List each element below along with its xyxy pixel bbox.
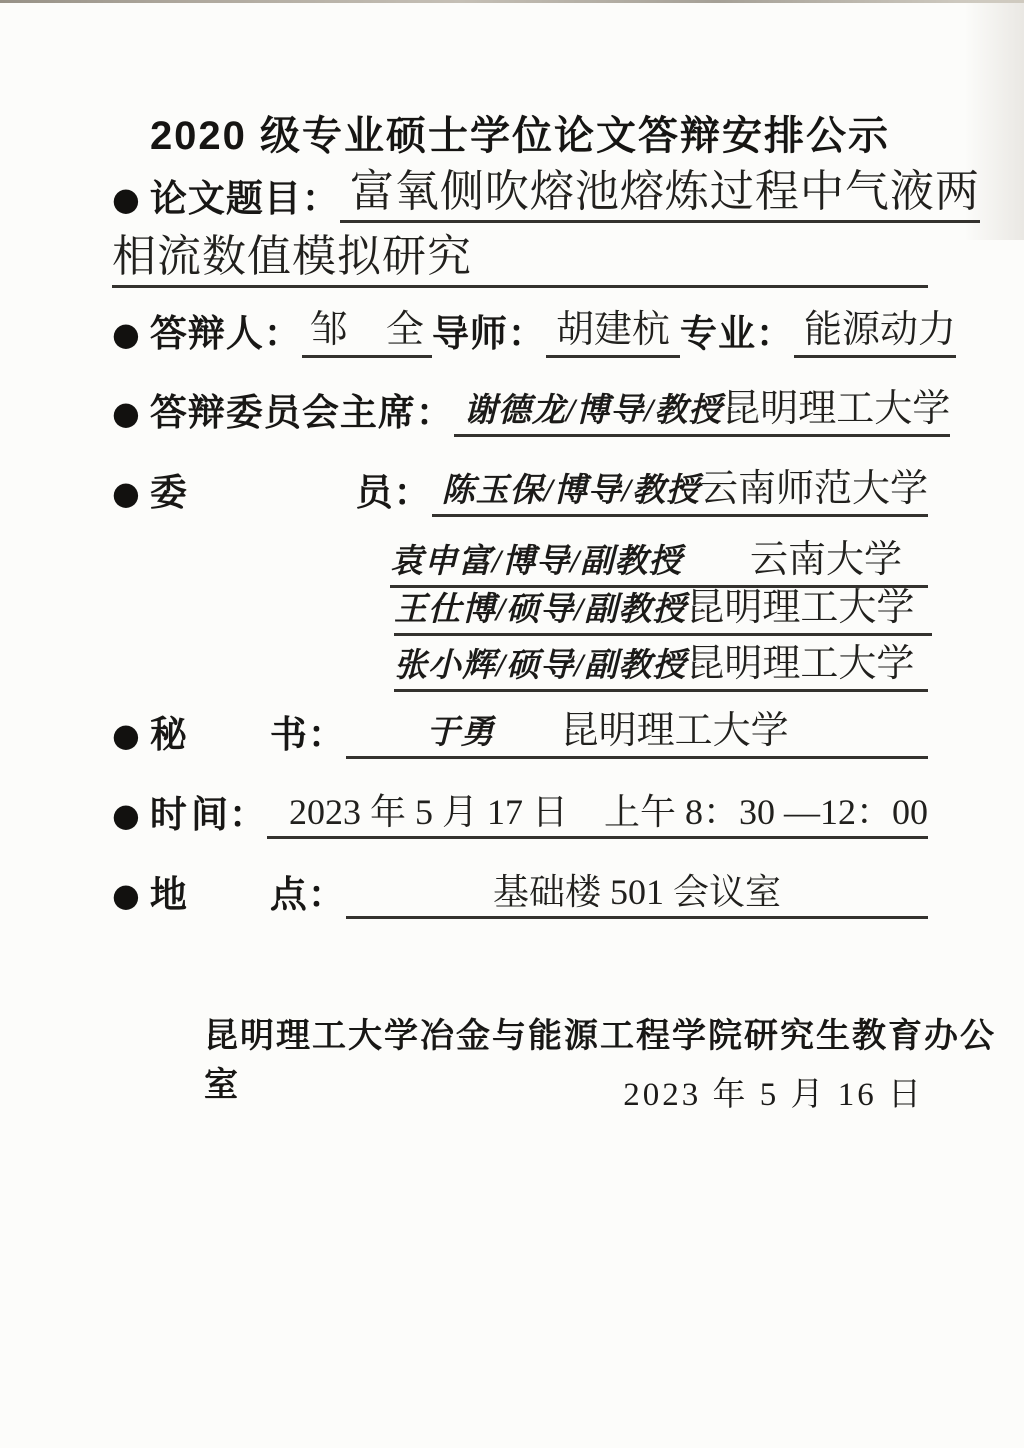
member-row: 袁申富/博导/副教授 云南大学 — [390, 536, 928, 588]
announcement-page: 2020 级专业硕士学位论文答辩安排公示 ● 论文题目： 富氧侧吹熔池熔炼过程中… — [0, 0, 1024, 1448]
time-label: 时 间： — [150, 793, 267, 839]
member-2-university: 云南大学 — [750, 536, 928, 585]
secretary-value: 于勇 昆明理工大学 — [346, 707, 928, 759]
defender-row: ● 答辩人： 邹 全 导师： 胡建杭 专业： 能源动力 — [112, 302, 928, 358]
supervisor-label: 导师： — [432, 312, 546, 358]
footer-date: 2023 年 5 月 16 日 — [623, 1068, 924, 1115]
time-value: 2023 年 5 月 17 日 上午 8：30 —12：00 — [267, 789, 928, 839]
location-label-first: 地 — [150, 873, 188, 919]
location-label-second: 点： — [270, 873, 346, 919]
secretary-label-first: 秘 — [150, 713, 188, 759]
chair-row: ● 答辩委员会主席： 谢德龙/博导/教授 昆明理工大学 — [112, 383, 928, 437]
defender-label: 答辩人： — [150, 312, 302, 358]
bullet-icon: ● — [112, 879, 140, 911]
member-3-university: 昆明理工大学 — [686, 584, 932, 633]
thesis-label: 论文题目： — [150, 177, 340, 223]
member-3-name-title: 王仕博/硕导/副教授 — [394, 587, 686, 633]
member-4-university: 昆明理工大学 — [686, 640, 928, 689]
member-4-name-title: 张小辉/硕导/副教授 — [394, 643, 686, 689]
members-label-second: 员： — [356, 471, 432, 517]
secretary-row: ● 秘 书： 于勇 昆明理工大学 — [112, 707, 928, 759]
major-label: 专业： — [680, 312, 794, 358]
bullet-icon: ● — [112, 318, 140, 350]
chair-label: 答辩委员会主席： — [150, 391, 454, 437]
thesis-title-line2: 相流数值模拟研究 — [112, 228, 928, 288]
secretary-label-second: 书： — [270, 713, 346, 759]
supervisor-name: 胡建杭 — [546, 306, 680, 358]
time-row: ● 时 间： 2023 年 5 月 17 日 上午 8：30 —12：00 — [112, 787, 928, 839]
members-label: 委 员： — [150, 471, 432, 517]
member-row: ● 委 员： 陈玉保/博导/教授 云南师范大学 — [112, 463, 928, 517]
time-label-first: 时 — [150, 793, 188, 839]
location-value: 基础楼 501 会议室 — [346, 869, 928, 919]
chair-university: 昆明理工大学 — [722, 385, 950, 434]
member-1-name-title: 陈玉保/博导/教授 — [442, 468, 700, 514]
bullet-icon: ● — [112, 397, 140, 429]
thesis-title-row-2: 相流数值模拟研究 — [112, 230, 928, 288]
secretary-name: 于勇 — [427, 710, 495, 756]
time-label-second: 间： — [191, 793, 267, 839]
major-value: 能源动力 — [794, 306, 956, 358]
thesis-title-line1: 富氧侧吹熔池熔炼过程中气液两 — [340, 163, 980, 223]
location-label: 地 点： — [150, 873, 346, 919]
chair-name-title: 谢德龙/博导/教授 — [464, 388, 722, 434]
member-2-name-title: 袁申富/博导/副教授 — [390, 539, 682, 585]
defender-name: 邹 全 — [302, 306, 432, 358]
bullet-icon: ● — [112, 799, 140, 831]
members-label-first: 委 — [150, 471, 188, 517]
page-title: 2020 级专业硕士学位论文答辩安排公示 — [112, 104, 928, 161]
member-3-value: 王仕博/硕导/副教授 昆明理工大学 — [394, 584, 932, 636]
member-2-value: 袁申富/博导/副教授 云南大学 — [390, 536, 928, 588]
location-row: ● 地 点： 基础楼 501 会议室 — [112, 867, 928, 919]
bullet-icon: ● — [112, 719, 140, 751]
bullet-icon: ● — [112, 477, 140, 509]
member-row: 张小辉/硕导/副教授 昆明理工大学 — [394, 642, 928, 692]
member-4-value: 张小辉/硕导/副教授 昆明理工大学 — [394, 640, 928, 692]
bullet-icon: ● — [112, 183, 140, 215]
thesis-title-row: ● 论文题目： 富氧侧吹熔池熔炼过程中气液两 — [112, 165, 928, 223]
member-row: 王仕博/硕导/副教授 昆明理工大学 — [394, 586, 928, 636]
secretary-university: 昆明理工大学 — [561, 707, 789, 756]
member-1-university: 云南师范大学 — [700, 465, 928, 514]
scan-edge-artifact — [0, 0, 1024, 3]
secretary-label: 秘 书： — [150, 713, 346, 759]
member-1-value: 陈玉保/博导/教授 云南师范大学 — [432, 465, 928, 517]
chair-value: 谢德龙/博导/教授 昆明理工大学 — [454, 385, 950, 437]
